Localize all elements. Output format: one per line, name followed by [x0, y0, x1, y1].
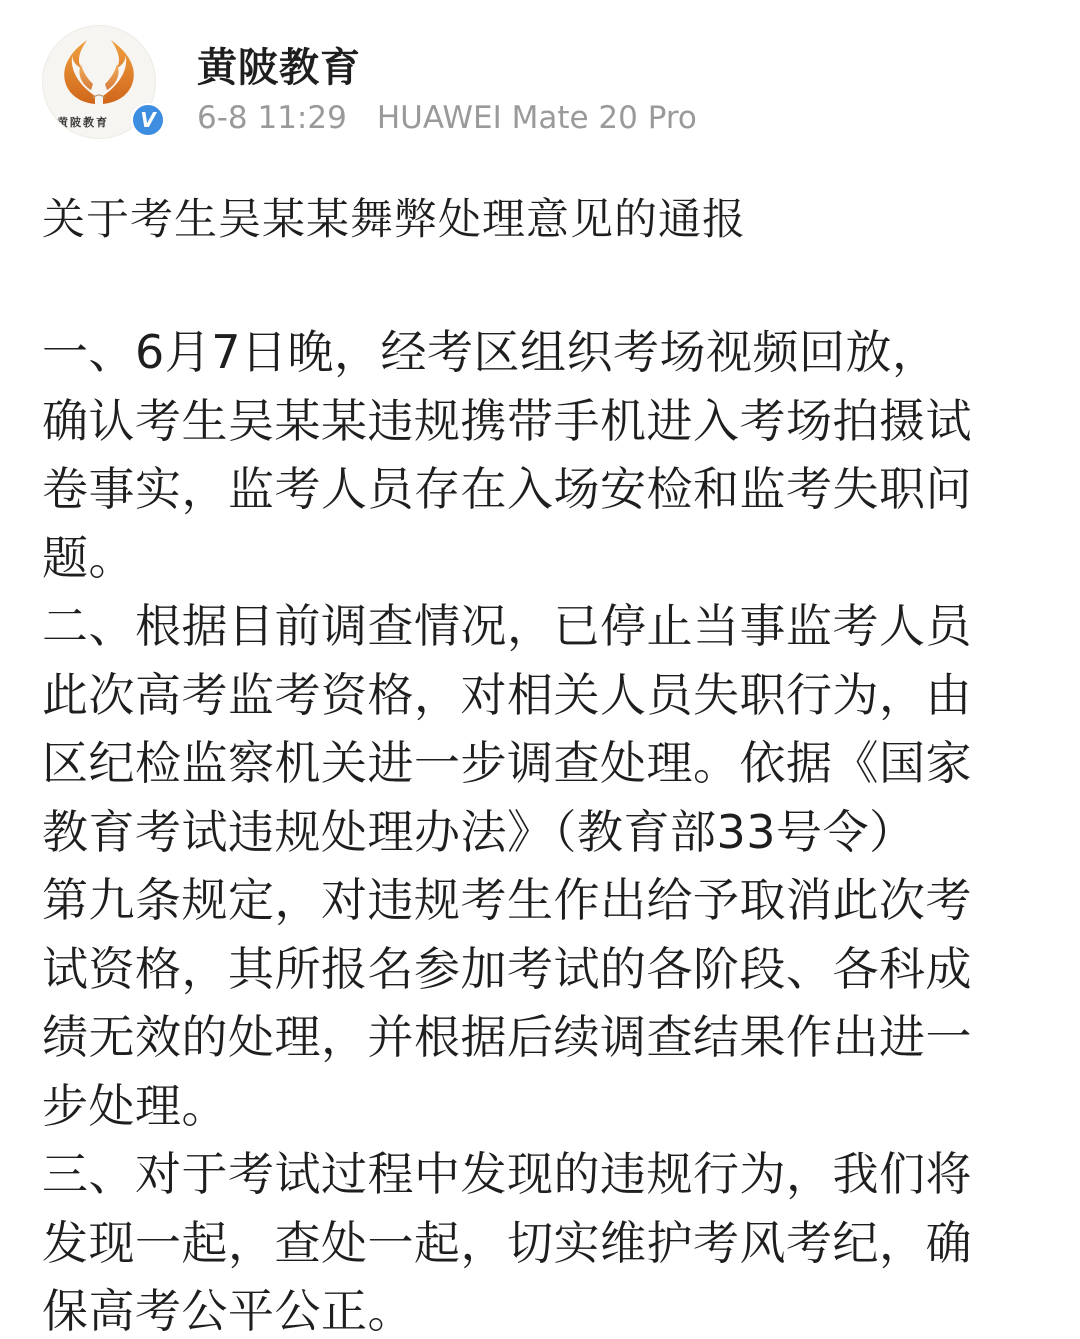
- body-line: 发现一起，查处一起，切实维护考风考纪，确: [42, 1209, 1042, 1278]
- post-meta: 6-8 11:29HUAWEI Mate 20 Pro: [197, 100, 697, 136]
- verified-badge-icon: V: [131, 103, 165, 137]
- post-header: 黄陂教育 V 黄陂教育 6-8 11:29HUAWEI Mate 20 Pro: [0, 0, 1080, 160]
- body-line: 试资格，其所报名参加考试的各阶段、各科成: [42, 935, 1042, 1004]
- body-line: 保高考公平公正。: [42, 1277, 1042, 1339]
- body-line: 区纪检监察机关进一步调查处理。依据《国家: [42, 729, 1042, 798]
- body-line: 此次高考监考资格，对相关人员失职行为，由: [42, 661, 1042, 730]
- body-line: 第九条规定，对违规考生作出给予取消此次考: [42, 866, 1042, 935]
- body-line: 卷事实，监考人员存在入场安检和监考失职问: [42, 455, 1042, 524]
- post-title: 关于考生吴某某舞弊处理意见的通报: [42, 186, 746, 247]
- body-line: 一、6月7日晚，经考区组织考场视频回放，: [42, 318, 1042, 387]
- post-device: HUAWEI Mate 20 Pro: [377, 100, 697, 136]
- account-name[interactable]: 黄陂教育: [197, 36, 361, 93]
- body-line: 确认考生吴某某违规携带手机进入考场拍摄试: [42, 387, 1042, 456]
- body-line: 绩无效的处理，并根据后续调查结果作出进一: [42, 1003, 1042, 1072]
- body-line: 步处理。: [42, 1072, 1042, 1141]
- avatar-caption: 黄陂教育: [57, 114, 109, 130]
- body-line: 题。: [42, 524, 1042, 593]
- body-line: 三、对于考试过程中发现的违规行为，我们将: [42, 1140, 1042, 1209]
- body-line: 二、根据目前调查情况，已停止当事监考人员: [42, 592, 1042, 661]
- post-body: 一、6月7日晚，经考区组织考场视频回放， 确认考生吴某某违规携带手机进入考场拍摄…: [42, 318, 1042, 1339]
- post-timestamp: 6-8 11:29: [197, 100, 347, 136]
- body-line: 教育考试违规处理办法》（教育部33号令）: [42, 798, 1042, 867]
